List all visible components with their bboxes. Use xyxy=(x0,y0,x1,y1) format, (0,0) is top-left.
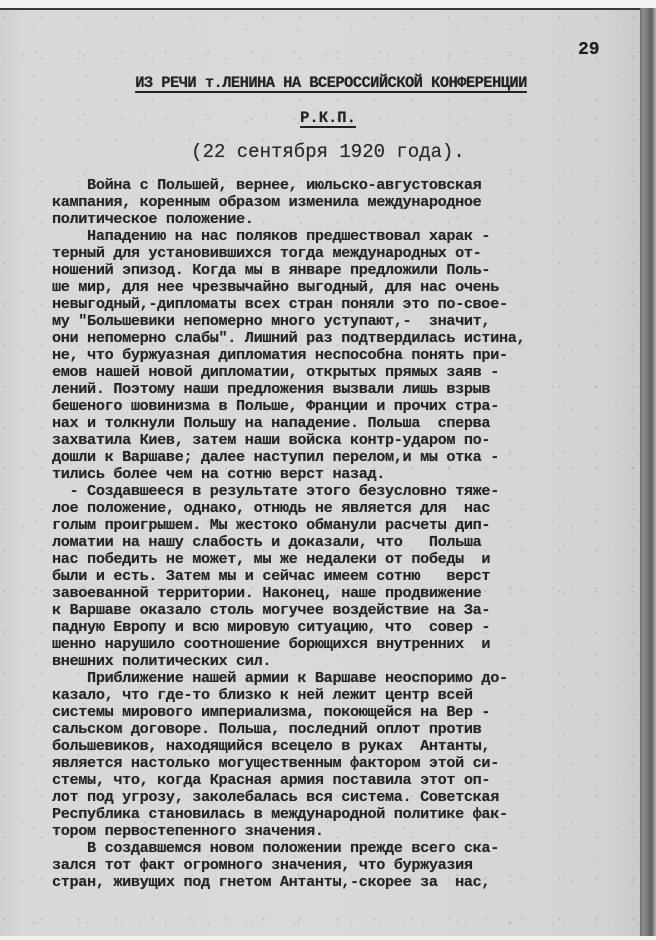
text-line: стемы, что, когда Красная армия поставил… xyxy=(52,772,612,789)
text-line: кампания, коренным образом изменила межд… xyxy=(52,194,612,211)
text-line: были и есть. Затем мы и сейчас имеем сот… xyxy=(52,568,612,585)
text-line: политическое положение. xyxy=(52,211,612,228)
text-line: Война с Польшей, вернее, июльско-августо… xyxy=(52,177,612,194)
text-line: казало, что где-то близко к ней лежит це… xyxy=(52,687,612,704)
text-line: падную Европу и всю мировую ситуацию, чт… xyxy=(52,619,612,636)
book-binding-edge xyxy=(640,8,656,936)
document-subtitle: Р.К.П. xyxy=(0,109,640,127)
text-line: дошли к Варшаве; далее наступил перелом,… xyxy=(52,449,612,466)
text-line: нас победить не может, мы же недалеки от… xyxy=(52,551,612,568)
text-line: Республика становилась в международной п… xyxy=(52,806,612,823)
text-line: захватила Киев, затем наши войска контр-… xyxy=(52,432,612,449)
document-title: ИЗ РЕЧИ т.ЛЕНИНА НА ВСЕРОССИЙСКОЙ КОНФЕР… xyxy=(72,74,590,92)
text-line: завоеванной территории. Наконец, наше пр… xyxy=(52,585,612,602)
text-line: емов нашей новой дипломатии, открытых пр… xyxy=(52,364,612,381)
text-line: большевиков, находящийся всецело в руках… xyxy=(52,738,612,755)
text-line: тились более чем на сотню верст назад. xyxy=(52,466,612,483)
text-line: внешних политических сил. xyxy=(52,653,612,670)
text-line: к Варшаве оказало столь могучее воздейст… xyxy=(52,602,612,619)
text-line: голым проигрышем. Мы жестоко обманули ра… xyxy=(52,517,612,534)
text-line: лое положение, однако, отнюдь не являетс… xyxy=(52,500,612,517)
text-line: Приближение нашей армии к Варшаве неоспо… xyxy=(52,670,612,687)
text-line: В создавшемся новом положении прежде все… xyxy=(52,840,612,857)
text-line: стран, живущих под гнетом Антанты,-скоре… xyxy=(52,874,612,891)
text-line: является настолько могущественным фактор… xyxy=(52,755,612,772)
text-line: ношений эпизод. Когда мы в январе предло… xyxy=(52,262,612,279)
text-line: тором первостепенного значения. xyxy=(52,823,612,840)
text-line: шенно нарушило соотношение борющихся вну… xyxy=(52,636,612,653)
text-line: терный для установившихся тогда междунар… xyxy=(52,245,612,262)
document-date: (22 сентября 1920 года). xyxy=(0,141,640,163)
text-line: - Создавшееся в результате этого безусло… xyxy=(52,483,612,500)
text-line: му "Большевики непомерно много уступают,… xyxy=(52,313,612,330)
document-body: Война с Польшей, вернее, июльско-августо… xyxy=(52,177,612,891)
text-line: Нападению на нас поляков предшествовал х… xyxy=(52,228,612,245)
text-line: не, что буржуазная дипломатия неспособна… xyxy=(52,347,612,364)
text-line: зался тот факт огромного значения, что б… xyxy=(52,857,612,874)
page-number: 29 xyxy=(578,40,600,60)
text-line: они непомерно слабы". Лишний раз подтвер… xyxy=(52,330,612,347)
text-line: системы мирового империализма, покоющейс… xyxy=(52,704,612,721)
text-line: лений. Поэтому наши предложения вызвали … xyxy=(52,381,612,398)
document-page: 29 ИЗ РЕЧИ т.ЛЕНИНА НА ВСЕРОССИЙСКОЙ КОН… xyxy=(0,8,640,936)
text-line: сальском договоре. Польша, последний опл… xyxy=(52,721,612,738)
text-line: ломатии на нашу слабость и доказали, что… xyxy=(52,534,612,551)
scanned-page-view: 29 ИЗ РЕЧИ т.ЛЕНИНА НА ВСЕРОССИЙСКОЙ КОН… xyxy=(0,0,656,940)
text-line: лот под угрозу, заколебалась вся система… xyxy=(52,789,612,806)
text-line: ше мир, для нее чрезвычайно выгодный, дл… xyxy=(52,279,612,296)
text-line: бешеного шовинизма в Польше, Франции и п… xyxy=(52,398,612,415)
text-line: невыгодный,-дипломаты всех стран поняли … xyxy=(52,296,612,313)
text-line: нах и толкнули Польшу на нападение. Поль… xyxy=(52,415,612,432)
